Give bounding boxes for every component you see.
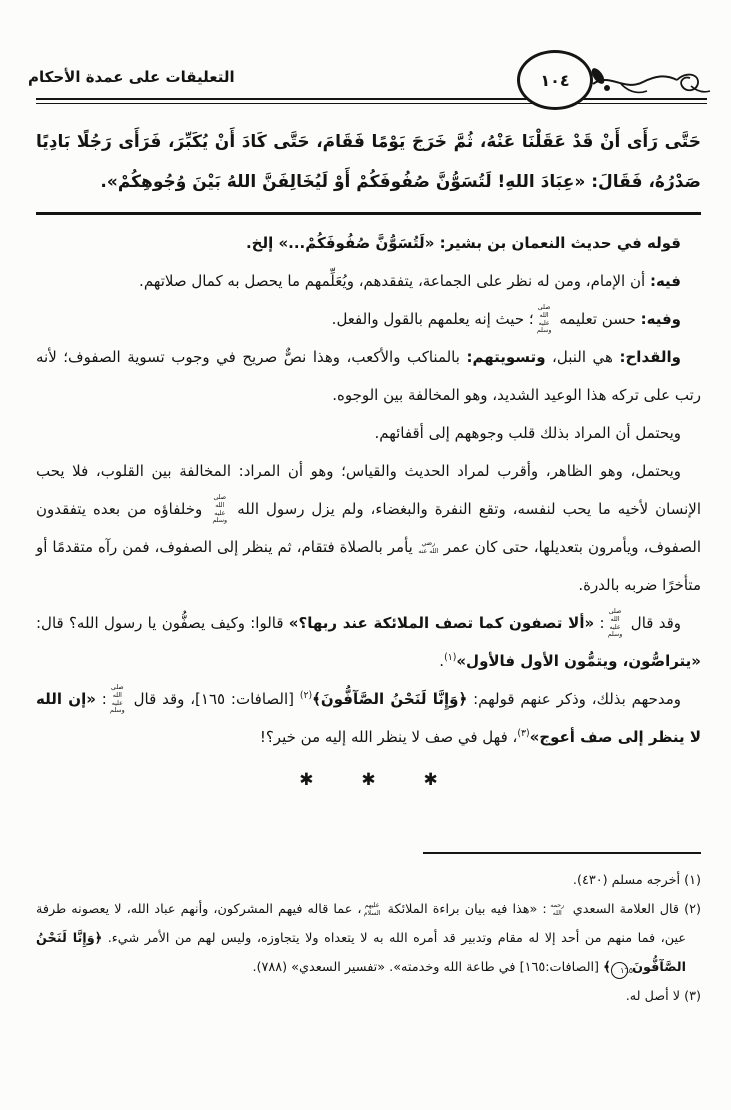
hadith-text: حَتَّى رَأَى أَنْ قَدْ عَقَلْنَا عَنْهُ،…: [36, 122, 701, 202]
footnotes-section: (١) أخرجه مسلم (٤٣٠). (٢) قال العلامة ال…: [36, 852, 701, 1011]
floral-flourish-icon: [591, 60, 713, 102]
page-number-ornament: ١٠٤: [499, 46, 715, 112]
page-body: حَتَّى رَأَى أَنْ قَدْ عَقَلْنَا عَنْهُ،…: [36, 114, 701, 790]
commentary-paragraph-7: وقد قال صلى الله عليه وسلم: «ألا تصفون ك…: [36, 604, 701, 680]
page-number: ١٠٤: [540, 71, 569, 90]
commentary-paragraph-2: فيه: أن الإمام، ومن له نظر على الجماعة، …: [36, 262, 701, 300]
footnote-1: (١) أخرجه مسلم (٤٣٠).: [36, 866, 701, 895]
end-of-section-ornament: ✱ ✱ ✱: [36, 770, 701, 790]
asterisk-icon: ✱: [424, 770, 438, 790]
commentary-paragraph-4: والقداح: هي النبل، وتسويتهم: بالمناكب وا…: [36, 338, 701, 414]
commentary-paragraph-8: ومدحهم بذلك، وذكر عنهم قولهم: ﴿وَإِنَّا …: [36, 680, 701, 756]
book-page: التعليقات على عمدة الأحكام ١٠٤ حَتَّى رَ…: [0, 0, 731, 1110]
page-number-badge: ١٠٤: [517, 50, 593, 110]
commentary-paragraph-3: وفيه: حسن تعليمه صلى الله عليه وسلم؛ حيث…: [36, 300, 701, 338]
book-title: التعليقات على عمدة الأحكام: [28, 68, 235, 86]
footnote-2: (٢) قال العلامة السعدي رحمه الله: «هذا ف…: [36, 895, 701, 982]
asterisk-icon: ✱: [299, 770, 313, 790]
footnote-divider: [423, 852, 701, 854]
asterisk-icon: ✱: [361, 770, 375, 790]
footnote-3: (٣) لا أصل له.: [36, 982, 701, 1011]
commentary-paragraph-5: ويحتمل أن المراد بذلك قلب وجوههم إلى أقف…: [36, 414, 701, 452]
commentary-paragraph-6: ويحتمل، وهو الظاهر، وأقرب لمراد الحديث و…: [36, 452, 701, 604]
section-divider: [36, 212, 701, 215]
commentary-paragraph-1: قوله في حديث النعمان بن بشير: «لَتُسَوُّ…: [36, 224, 701, 262]
